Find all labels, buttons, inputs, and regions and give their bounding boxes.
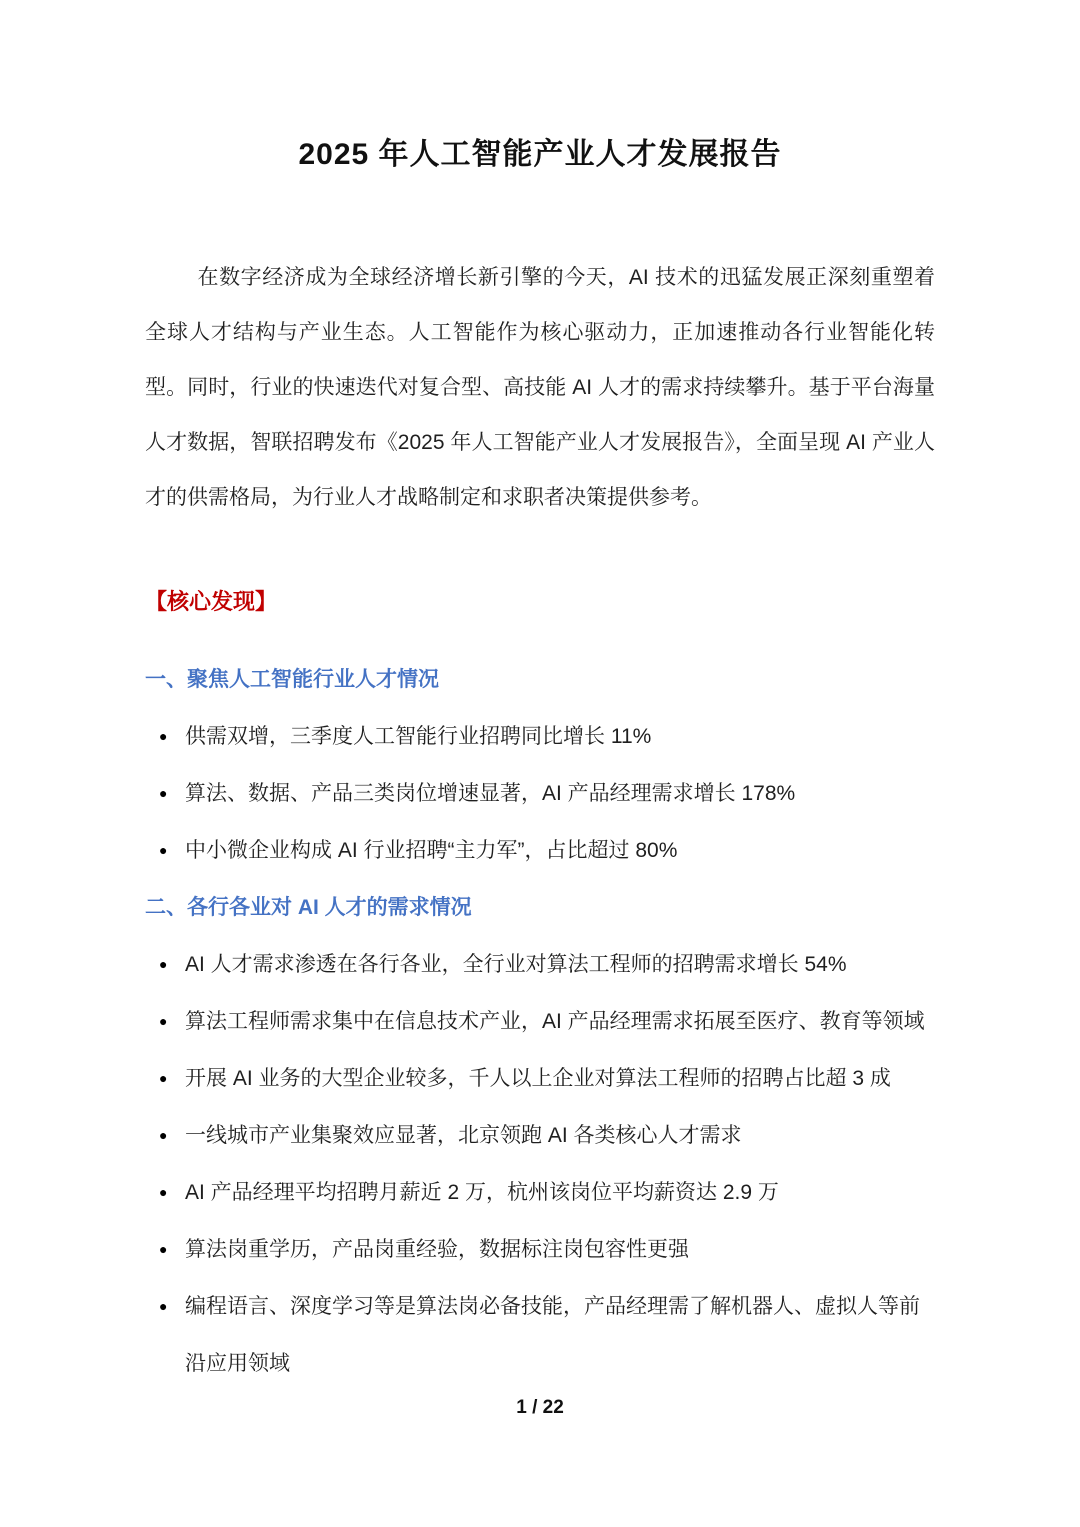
section-heading-2: 二、各行各业对 AI 人才的需求情况 [145, 879, 935, 936]
list-item-text: 算法、数据、产品三类岗位增速显著，AI 产品经理需求增长 178% [185, 765, 935, 822]
bullet-icon: ● [145, 822, 185, 879]
list-item-text: 算法岗重学历，产品岗重经验，数据标注岗包容性更强 [185, 1221, 935, 1278]
list-item: ● 中小微企业构成 AI 行业招聘“主力军”，占比超过 80% [145, 822, 935, 879]
list-item: ● 开展 AI 业务的大型企业较多，千人以上企业对算法工程师的招聘占比超 3 成 [145, 1050, 935, 1107]
list-item-text: 供需双增，三季度人工智能行业招聘同比增长 11% [185, 708, 935, 765]
document-page: 2025 年人工智能产业人才发展报告 在数字经济成为全球经济增长新引擎的今天，A… [0, 0, 1080, 1527]
section-heading-1: 一、聚焦人工智能行业人才情况 [145, 651, 935, 708]
intro-paragraph: 在数字经济成为全球经济增长新引擎的今天，AI 技术的迅猛发展正深刻重塑着全球人才… [145, 250, 935, 525]
page-title: 2025 年人工智能产业人才发展报告 [145, 133, 935, 177]
list-item-text: 开展 AI 业务的大型企业较多，千人以上企业对算法工程师的招聘占比超 3 成 [185, 1050, 935, 1107]
bullet-icon: ● [145, 1107, 185, 1164]
bullet-icon: ● [145, 708, 185, 765]
list-item-text: 算法工程师需求集中在信息技术产业，AI 产品经理需求拓展至医疗、教育等领域 [185, 993, 935, 1050]
list-item: ● 算法、数据、产品三类岗位增速显著，AI 产品经理需求增长 178% [145, 765, 935, 822]
bullet-icon: ● [145, 1221, 185, 1278]
bullet-icon: ● [145, 936, 185, 993]
bullet-icon: ● [145, 1050, 185, 1107]
list-item-text: 一线城市产业集聚效应显著，北京领跑 AI 各类核心人才需求 [185, 1107, 935, 1164]
list-item: ● 编程语言、深度学习等是算法岗必备技能，产品经理需了解机器人、虚拟人等前沿应用… [145, 1278, 935, 1392]
list-item-text: AI 人才需求渗透在各行各业，全行业对算法工程师的招聘需求增长 54% [185, 936, 935, 993]
list-item: ● AI 产品经理平均招聘月薪近 2 万，杭州该岗位平均薪资达 2.9 万 [145, 1164, 935, 1221]
list-item: ● 算法工程师需求集中在信息技术产业，AI 产品经理需求拓展至医疗、教育等领域 [145, 993, 935, 1050]
findings-list-section-1: ● 供需双增，三季度人工智能行业招聘同比增长 11% ● 算法、数据、产品三类岗… [145, 708, 935, 879]
list-item: ● 算法岗重学历，产品岗重经验，数据标注岗包容性更强 [145, 1221, 935, 1278]
list-item-text: 中小微企业构成 AI 行业招聘“主力军”，占比超过 80% [185, 822, 935, 879]
page-number: 1 / 22 [145, 1393, 935, 1423]
bullet-icon: ● [145, 1278, 185, 1335]
bullet-icon: ● [145, 765, 185, 822]
list-item: ● 一线城市产业集聚效应显著，北京领跑 AI 各类核心人才需求 [145, 1107, 935, 1164]
list-item: ● 供需双增，三季度人工智能行业招聘同比增长 11% [145, 708, 935, 765]
core-findings-heading: 【核心发现】 [145, 573, 935, 630]
bullet-icon: ● [145, 1164, 185, 1221]
bullet-icon: ● [145, 993, 185, 1050]
list-item-text: 编程语言、深度学习等是算法岗必备技能，产品经理需了解机器人、虚拟人等前沿应用领域 [185, 1278, 935, 1392]
findings-list-section-2: ● AI 人才需求渗透在各行各业，全行业对算法工程师的招聘需求增长 54% ● … [145, 936, 935, 1392]
list-item: ● AI 人才需求渗透在各行各业，全行业对算法工程师的招聘需求增长 54% [145, 936, 935, 993]
list-item-text: AI 产品经理平均招聘月薪近 2 万，杭州该岗位平均薪资达 2.9 万 [185, 1164, 935, 1221]
